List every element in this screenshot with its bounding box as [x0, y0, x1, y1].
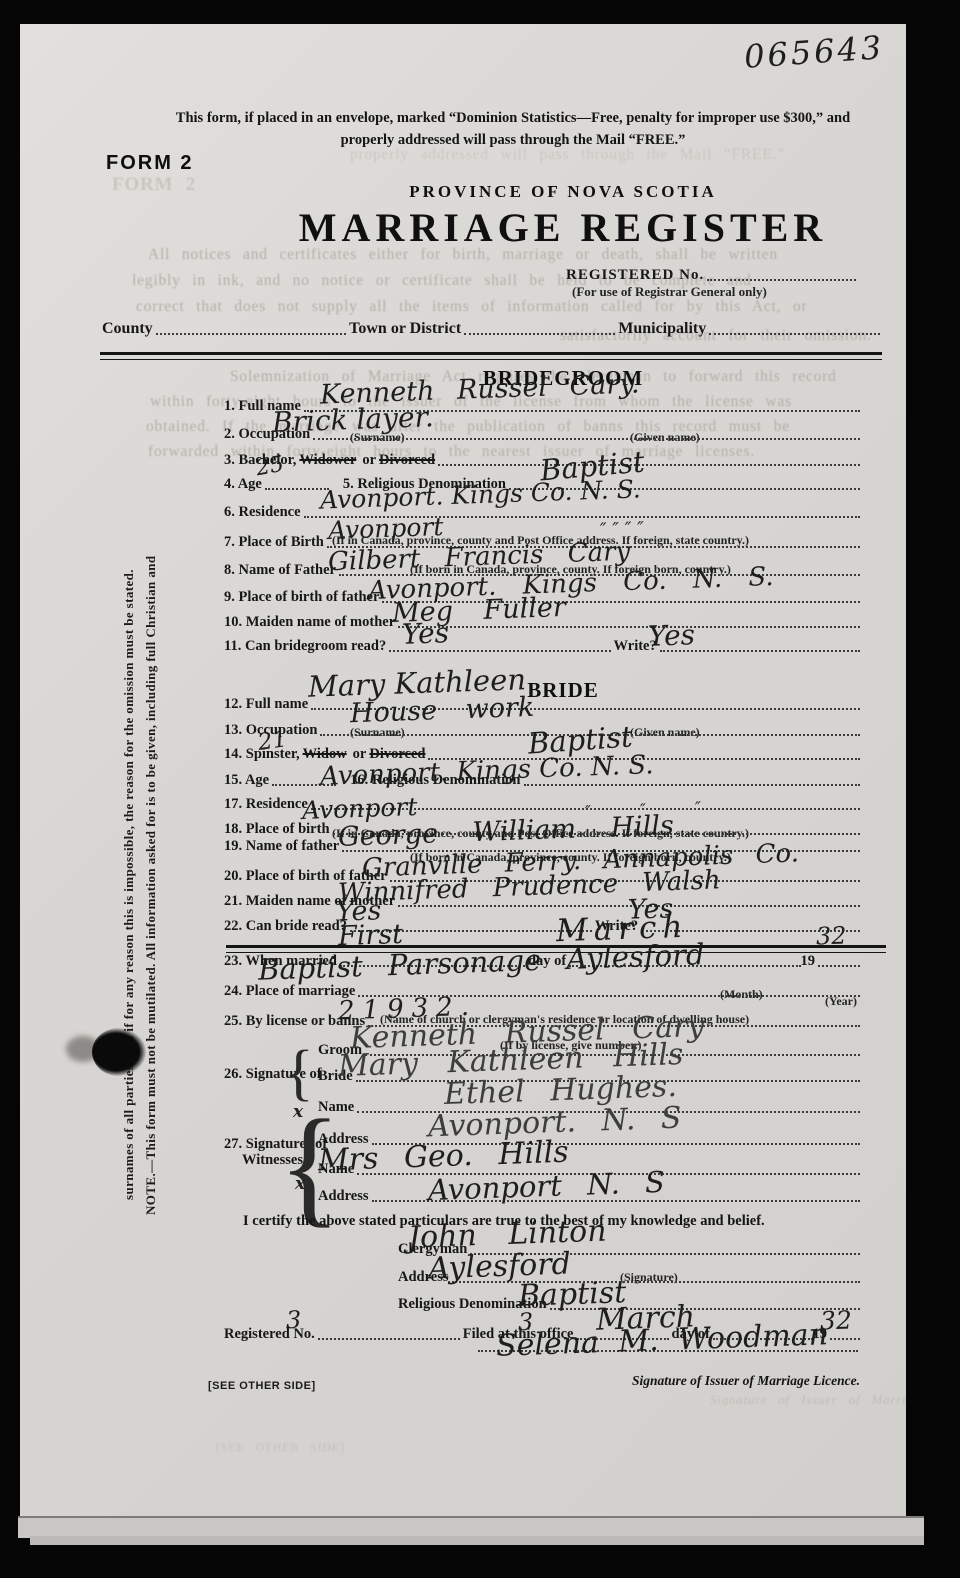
ghost-form-label: FORM 2 — [112, 174, 196, 196]
margin-note: NOTE.—This form must not be mutilated. A… — [116, 554, 162, 1216]
field-label: 19. Name of father — [224, 838, 342, 855]
ghost-see-other-side: [SEE OTHER SIDE] — [216, 1440, 345, 1455]
registered-no-label: REGISTERED No. — [566, 267, 707, 284]
field-label: 8. Name of Father — [224, 562, 339, 579]
field-label-struck: Divorced — [379, 452, 438, 469]
field-label: 6. Residence — [224, 504, 304, 521]
field-label: or — [359, 452, 379, 469]
year-prefix: 19 — [801, 953, 819, 970]
address-label: Address — [318, 1188, 372, 1205]
dotted-leader — [818, 965, 860, 967]
town-or-district-label: Town or District — [346, 320, 464, 338]
scanned-marriage-register: { "scan": { "corner_number": "065643", "… — [0, 0, 960, 1578]
county-row — [102, 24, 880, 44]
municipality-label: Municipality — [615, 320, 709, 338]
witness1-x-mark: x — [293, 1102, 303, 1122]
handwritten-groom-age: 25 — [254, 454, 285, 481]
issuer-caption: Signature of Issuer of Marriage Licence. — [478, 1373, 860, 1389]
field-label: 22. Can bride read? — [224, 918, 350, 935]
form-page: properly addressed will pass through the… — [20, 24, 906, 1516]
handwritten-bride-occupation: House work — [350, 694, 535, 727]
dotted-leader — [156, 333, 346, 335]
name-label: Name — [318, 1099, 357, 1116]
margin-note-line1: NOTE.—This form must not be mutilated. A… — [143, 555, 158, 1215]
handwritten-marriage-day: First — [338, 921, 404, 950]
dotted-leader — [524, 784, 861, 786]
dotted-leader — [438, 464, 860, 466]
registrar-only-note: (For use of Registrar General only) — [572, 284, 767, 300]
field-label: 15. Age — [224, 772, 272, 789]
handwritten-groom-birthplace: Avonport — [328, 514, 444, 543]
dotted-leader — [464, 333, 615, 335]
mail-notice-line2: properly addressed will pass through the… — [150, 132, 876, 149]
handwritten-bride-age: 21 — [257, 728, 289, 755]
stacked-page-edge — [30, 1536, 924, 1545]
field-label: 12. Full name — [224, 696, 311, 713]
handwritten-witness2-address: Avonport N. S — [428, 1168, 666, 1205]
dotted-leader — [318, 1338, 460, 1340]
handwritten-registered-no: 3 — [286, 1308, 302, 1333]
field-label: 7. Place of Birth — [224, 534, 327, 551]
handwritten-marriage-year: 32 — [816, 923, 847, 948]
ink-blot — [92, 1028, 146, 1076]
witness2-x-mark: x — [295, 1174, 305, 1194]
handwritten-groom-can-write: Yes — [648, 621, 696, 651]
dotted-leader — [707, 279, 856, 281]
province-heading: PROVINCE OF NOVA SCOTIA — [250, 182, 876, 202]
handwritten-groom-occupation: Brick layer. — [272, 403, 435, 437]
dotted-leader — [830, 1338, 860, 1340]
ghost-line: correct that does not supply all the ite… — [136, 298, 808, 316]
registered-no-label: Registered No. — [224, 1326, 318, 1343]
county-town-municipality-row: County Town or District Municipality — [102, 318, 880, 338]
stacked-page-edge — [18, 1516, 924, 1538]
margin-note-line2: surnames of all parties, and if for any … — [121, 570, 136, 1201]
handwritten-issuer-signature: Selena M. Woodman — [496, 1320, 829, 1362]
field-row-11: 11. Can bridegroom read? Write? — [224, 635, 860, 655]
field-label: 9. Place of birth of father — [224, 589, 382, 606]
field-label: 11. Can bridegroom read? — [224, 638, 389, 655]
handwritten-groom-can-read: Yes — [402, 619, 450, 649]
page-title: MARRIAGE REGISTER — [250, 204, 876, 251]
ghost-issuer-caption: Signature of Issuer of Marriage Licence. — [710, 1392, 906, 1408]
see-other-side-note: [SEE OTHER SIDE] — [208, 1380, 316, 1392]
registered-no-row: REGISTERED No. — [566, 264, 856, 284]
field-label: 10. Maiden name of mother — [224, 614, 398, 631]
county-label: County — [102, 320, 156, 338]
dotted-leader — [389, 650, 610, 652]
mail-notice-line1: This form, if placed in an envelope, mar… — [150, 110, 876, 127]
section-divider-rule — [100, 352, 882, 360]
dotted-leader — [709, 333, 880, 335]
field-label: 17. Residence — [224, 796, 311, 813]
field-label-struck: Widower — [299, 452, 359, 469]
form-number-label: FORM 2 — [106, 152, 194, 175]
dotted-leader — [313, 438, 860, 440]
handwritten-bride-birthplace: Avonport — [302, 794, 418, 823]
field-row-22: 22. Can bride read? Write? — [224, 915, 860, 935]
